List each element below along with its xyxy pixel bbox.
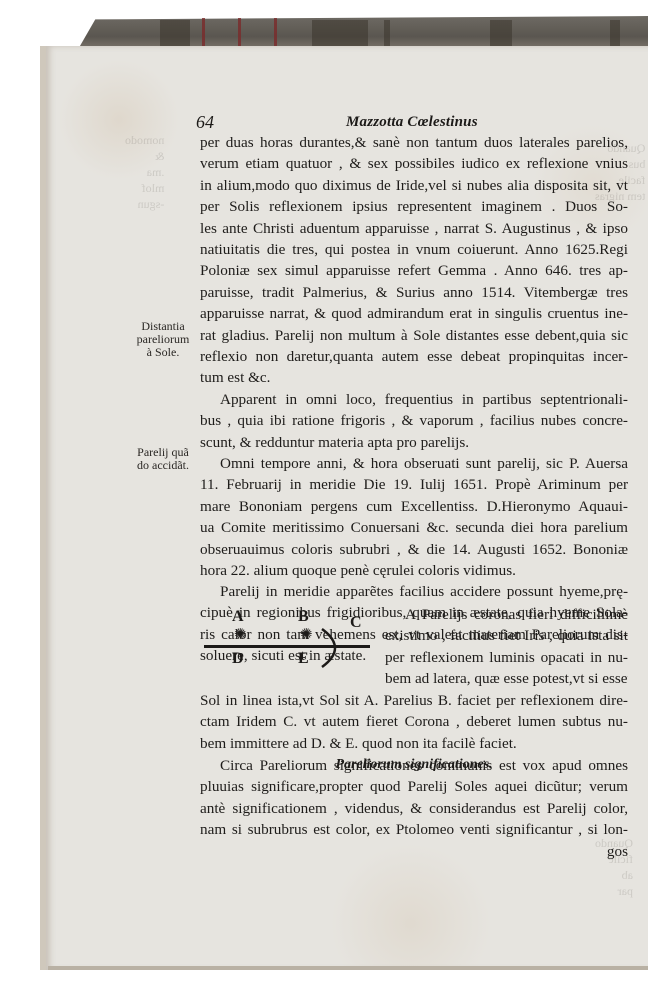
page-bottom-edge (48, 966, 648, 970)
paragraph-parelii-numerus: per duas horas durantes,& sanè non tantu… (200, 132, 628, 389)
text-line: bem immittere ad D. & E. quod non ita fa… (200, 733, 628, 754)
text-line: hora 22. alium quoque penè cęrulei color… (200, 560, 628, 581)
text-line: nam si subrubrus est color, ex Ptolomeo … (200, 819, 628, 840)
spine-decoration (160, 20, 190, 46)
text-line: reflexio non daretur,quanta autem esse d… (200, 346, 628, 367)
sun-icon: ✺ (300, 628, 313, 643)
text-line: les ante Christi aduentum apparuisse , n… (200, 218, 628, 239)
text-line: scunt, & redduntur materia apta pro pare… (200, 432, 628, 453)
text-line: pluuias significare,propter quod Parelij… (200, 776, 628, 797)
text-line: obseruauimus coloris subrubri , & die 14… (200, 539, 628, 560)
paragraph-apparent: Apparent in omni loco, frequentius in pa… (200, 389, 628, 453)
spine-red-line (202, 18, 205, 46)
diagram-label-c: C (350, 614, 362, 632)
text-line: apparuisse narrat, & quod admirandum era… (200, 303, 628, 324)
text-line: per reflexionem luminis opacati in nu- (385, 647, 628, 668)
paragraph-coronas: A Parelijs coronas fieri difficillimè ex… (385, 604, 628, 690)
spine-red-line (238, 18, 241, 46)
text-line: A Parelijs coronas fieri difficillimè (385, 604, 628, 625)
text-line: tum est &c. (200, 367, 628, 388)
text-line: Apparent in omni loco, frequentius in pa… (200, 389, 628, 410)
page-header: 64 Mazzotta Cœlestinus (196, 112, 626, 134)
text-line: Omni tempore anni, & hora obseruati sunt… (200, 453, 628, 474)
text-line: Sol in linea ista,vt Sol sit A. Parelius… (200, 690, 628, 711)
text-line: Poloniæ sex simul apparuisse refert Gemm… (200, 260, 628, 281)
text-line: per duas horas durantes,& sanè non tantu… (200, 132, 628, 153)
text-line: ctam Iridem C. vt autem fieret Corona , … (200, 711, 628, 732)
margin-note-quando: Parelij quã do accidãt. (128, 446, 198, 472)
text-line: 11. Februarij in meridie Die 19. Iulij 1… (200, 474, 628, 495)
spine-decoration (490, 20, 512, 46)
margin-note-line: à Sole. (128, 346, 198, 359)
text-line: existimo , facilius fiet Iris , quia ist… (385, 625, 628, 646)
iris-arc-icon (318, 626, 348, 670)
running-title: Mazzotta Cœlestinus (346, 114, 478, 131)
text-line: in alium,modo quo diximus de Iride,vel s… (200, 175, 628, 196)
page-number: 64 (196, 112, 214, 133)
margin-note-distantia: Distantia pareliorum à Sole. (128, 320, 198, 359)
spine-decoration (312, 20, 368, 46)
diagram-label-e: E (298, 650, 309, 668)
text-line: bus , quia ibi ratione frigoris , & vapo… (200, 410, 628, 431)
text-line: antè significationem , videndus, & consi… (200, 798, 628, 819)
text-line: rat gladius. Parelij non multum à Sole d… (200, 325, 628, 346)
text-line: bem ad latera, quæ esse potest,vt si ess… (385, 668, 628, 689)
text-line: mare Bononiam pergens cum Excellentiss. … (200, 496, 628, 517)
spine-decoration (610, 20, 620, 46)
text-line: per Solis reflexionem ipsius representen… (200, 196, 628, 217)
margin-note-line: do accidãt. (128, 459, 198, 472)
text-line: paruisse, tradit Palmerius, & Surius ann… (200, 282, 628, 303)
diagram-label-b: B (298, 608, 309, 626)
spine-red-line (274, 18, 277, 46)
spine-decoration (384, 20, 390, 46)
paragraph-significationes: Circa Pareliorum significationes communi… (200, 755, 628, 862)
diagram-label-d: D (232, 650, 244, 668)
text-line: natiuitatis die tres, qui postea in vnum… (200, 239, 628, 260)
sun-icon: ✺ (234, 628, 247, 643)
paragraph-omni-tempore: Omni tempore anni, & hora obseruati sunt… (200, 453, 628, 581)
text-line: Parelij in meridie apparẽtes facilius ac… (200, 581, 628, 602)
catchword: gos (200, 841, 628, 862)
parelia-diagram: A B C ✺ ✺ D E (200, 608, 380, 674)
text-line: Circa Pareliorum significationes communi… (200, 755, 628, 776)
text-line: verum etiam quatuor , & sex possibiles i… (200, 153, 628, 174)
diagram-label-a: A (232, 608, 244, 626)
show-through-text: nomodo&.mamlof-sgun (125, 132, 164, 212)
text-line: ua Comite meritissimo Conuersani &c. sec… (200, 517, 628, 538)
